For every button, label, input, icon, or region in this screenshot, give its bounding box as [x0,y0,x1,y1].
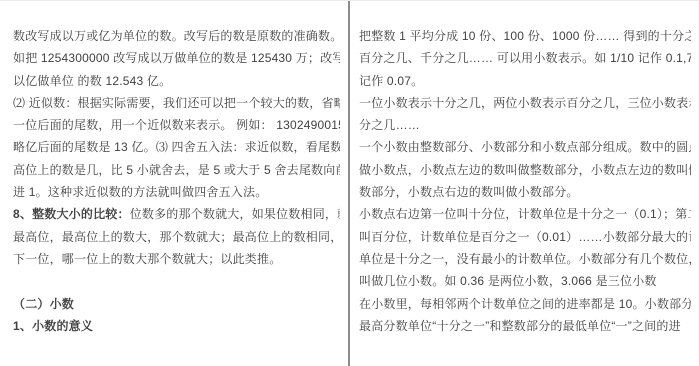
text-line: 把整数 1 平均分成 10 份、100 份、1000 份…… 得到的十分之几、 [359,25,691,47]
text-line: ⑵ 近似数：根据实际需要，我们还可以把一个较大的数，省略某 [13,92,340,114]
text-line: 下一位，哪一位上的数大那个数就大；以此类推。 [13,248,340,270]
left-page-column: 数改写成以万或亿为单位的数。改写后的数是原数的准确数。 例如把 12543000… [13,25,340,337]
text-line: 略亿后面的尾数是 13 亿。⑶ 四舍五入法：求近似数，看尾数最 [13,136,340,158]
right-page-column: 把整数 1 平均分成 10 份、100 份、1000 份…… 得到的十分之几、百… [359,25,691,337]
text-line: 1、小数的意义 [13,315,340,337]
text-line: 如把 1254300000 改写成以万做单位的数是 125430 万；改写成 [13,47,340,69]
text-line: 以亿做单位 的数 12.543 亿。 [13,70,340,92]
text-line: 数改写成以万或亿为单位的数。改写后的数是原数的准确数。 例 [13,25,340,47]
text-line: 叫做几位小数。如 0.36 是两位小数，3.066 是三位小数 [359,270,691,292]
text-line: 小数点右边第一位叫十分位，计数单位是十分之一（0.1）；第二位 [359,203,691,225]
text-line: 8、整数大小的比较：位数多的那个数就大，如果位数相同，就看 [13,203,340,225]
text-line: 记作 0.07。 [359,70,691,92]
text-line: 最高位，最高位上的数大，那个数就大；最高位上的数相同，就看 [13,226,340,248]
text-line: 百分之几、千分之几…… 可以用小数表示。如 1/10 记作 0.1,7/100 [359,47,691,69]
text-line: 一位小数表示十分之几，两位小数表示百分之几，三位小数表示千 [359,92,691,114]
page-divider [348,1,350,366]
text-line: 叫百分位，计数单位是百分之一（0.01）……小数部分最大的计数 [359,226,691,248]
document-page: 数改写成以万或亿为单位的数。改写后的数是原数的准确数。 例如把 12543000… [0,0,699,366]
text-line: 单位是十分之一，没有最小的计数单位。小数部分有几个数位，就 [359,248,691,270]
text-line: 最高分数单位“十分之一”和整数部分的最低单位“一”之间的进 [359,315,691,337]
bold-lead-text: 8、整数大小的比较： [13,207,130,221]
text-line: 进 1。这种求近似数的方法就叫做四舍五入法。 [13,181,340,203]
text-line: 高位上的数是几，比 5 小就舍去，是 5 或大于 5 舍去尾数向前一位 [13,159,340,181]
text-line: 一位后面的尾数，用一个近似数来表示。 例如： 1302490015 省 [13,114,340,136]
text-line: 做小数点，小数点左边的数叫做整数部分，小数点左边的数叫做整 [359,159,691,181]
text-line: 分之几…… [359,114,691,136]
text-line: 在小数里，每相邻两个计数单位之间的进率都是 10。小数部分的 [359,293,691,315]
text-line [13,270,340,292]
text-line: 一个小数由整数部分、小数部分和小数点部分组成。数中的圆点叫 [359,136,691,158]
text-line: 数部分，小数点右边的数叫做小数部分。 [359,181,691,203]
text-line: （二）小数 [13,293,340,315]
